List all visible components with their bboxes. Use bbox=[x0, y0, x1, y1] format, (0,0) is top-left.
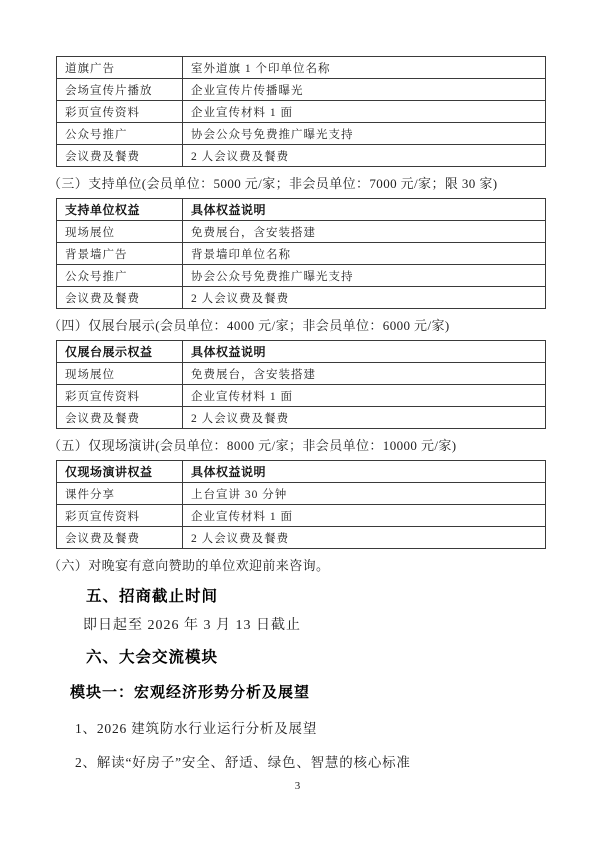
benefit-desc-cell: 室外道旗 1 个印单位名称 bbox=[183, 57, 546, 79]
benefit-name-cell: 道旗广告 bbox=[57, 57, 183, 79]
benefit-desc-cell: 协会公众号免费推广曝光支持 bbox=[183, 123, 546, 145]
column-header: 仅展台展示权益 bbox=[57, 341, 183, 363]
table-row: 会场宣传片播放 企业宣传片传播曝光 bbox=[57, 79, 546, 101]
benefit-desc-cell: 企业宣传片传播曝光 bbox=[183, 79, 546, 101]
benefit-desc-cell: 2 人会议费及餐费 bbox=[183, 287, 546, 309]
benefits-table-continued: 道旗广告 室外道旗 1 个印单位名称 会场宣传片播放 企业宣传片传播曝光 彩页宣… bbox=[56, 56, 546, 167]
table-row: 现场展位 免费展台，含安装搭建 bbox=[57, 221, 546, 243]
document-page: 道旗广告 室外道旗 1 个印单位名称 会场宣传片播放 企业宣传片传播曝光 彩页宣… bbox=[0, 0, 595, 792]
table-row: 会议费及餐费 2 人会议费及餐费 bbox=[57, 145, 546, 167]
table-header-row: 仅展台展示权益 具体权益说明 bbox=[57, 341, 546, 363]
benefit-name-cell: 会议费及餐费 bbox=[57, 527, 183, 549]
heading-deadline-section: 五、招商截止时间 bbox=[86, 586, 547, 608]
benefit-name-cell: 彩页宣传资料 bbox=[57, 385, 183, 407]
module-topic-2: 2、解读“好房子”安全、舒适、绿色、智慧的核心标准 bbox=[75, 753, 547, 772]
page-number: 3 bbox=[48, 780, 547, 792]
benefit-name-cell: 公众号推广 bbox=[57, 265, 183, 287]
benefit-desc-cell: 企业宣传材料 1 面 bbox=[183, 385, 546, 407]
table-row: 背景墙广告 背景墙印单位名称 bbox=[57, 243, 546, 265]
benefit-desc-cell: 协会公众号免费推广曝光支持 bbox=[183, 265, 546, 287]
table-header-row: 仅现场演讲权益 具体权益说明 bbox=[57, 461, 546, 483]
table-row: 彩页宣传资料 企业宣传材料 1 面 bbox=[57, 385, 546, 407]
section-6-note: （六）对晚宴有意向赞助的单位欢迎前来咨询。 bbox=[48, 557, 547, 575]
benefit-desc-cell: 免费展台，含安装搭建 bbox=[183, 363, 546, 385]
heading-module-1: 模块一：宏观经济形势分析及展望 bbox=[70, 682, 547, 704]
benefit-name-cell: 会议费及餐费 bbox=[57, 287, 183, 309]
column-header: 仅现场演讲权益 bbox=[57, 461, 183, 483]
benefit-desc-cell: 背景墙印单位名称 bbox=[183, 243, 546, 265]
benefit-desc-cell: 2 人会议费及餐费 bbox=[183, 145, 546, 167]
support-unit-benefits-table: 支持单位权益 具体权益说明 现场展位 免费展台，含安装搭建 背景墙广告 背景墙印… bbox=[56, 198, 546, 309]
benefit-desc-cell: 上台宣讲 30 分钟 bbox=[183, 483, 546, 505]
table-row: 会议费及餐费 2 人会议费及餐费 bbox=[57, 287, 546, 309]
benefit-name-cell: 彩页宣传资料 bbox=[57, 101, 183, 123]
table-row: 课件分享 上台宣讲 30 分钟 bbox=[57, 483, 546, 505]
table-row: 道旗广告 室外道旗 1 个印单位名称 bbox=[57, 57, 546, 79]
table-row: 彩页宣传资料 企业宣传材料 1 面 bbox=[57, 505, 546, 527]
benefit-desc-cell: 企业宣传材料 1 面 bbox=[183, 101, 546, 123]
table-row: 会议费及餐费 2 人会议费及餐费 bbox=[57, 527, 546, 549]
benefit-desc-cell: 2 人会议费及餐费 bbox=[183, 407, 546, 429]
benefit-name-cell: 公众号推广 bbox=[57, 123, 183, 145]
table-row: 会议费及餐费 2 人会议费及餐费 bbox=[57, 407, 546, 429]
benefit-name-cell: 彩页宣传资料 bbox=[57, 505, 183, 527]
benefit-desc-cell: 2 人会议费及餐费 bbox=[183, 527, 546, 549]
section-5-intro: （五）仅现场演讲(会员单位：8000 元/家；非会员单位：10000 元/家) bbox=[48, 437, 547, 455]
speech-only-benefits-table: 仅现场演讲权益 具体权益说明 课件分享 上台宣讲 30 分钟 彩页宣传资料 企业… bbox=[56, 460, 546, 549]
heading-exchange-modules-section: 六、大会交流模块 bbox=[86, 647, 547, 669]
table-row: 公众号推广 协会公众号免费推广曝光支持 bbox=[57, 123, 546, 145]
table-header-row: 支持单位权益 具体权益说明 bbox=[57, 199, 546, 221]
benefit-name-cell: 会场宣传片播放 bbox=[57, 79, 183, 101]
benefit-desc-cell: 企业宣传材料 1 面 bbox=[183, 505, 546, 527]
module-topic-1: 1、2026 建筑防水行业运行分析及展望 bbox=[75, 719, 547, 738]
benefit-name-cell: 会议费及餐费 bbox=[57, 407, 183, 429]
column-header: 支持单位权益 bbox=[57, 199, 183, 221]
table-row: 现场展位 免费展台，含安装搭建 bbox=[57, 363, 546, 385]
benefit-name-cell: 背景墙广告 bbox=[57, 243, 183, 265]
section-3-intro: （三）支持单位(会员单位：5000 元/家；非会员单位：7000 元/家；限 3… bbox=[48, 175, 547, 193]
benefit-name-cell: 会议费及餐费 bbox=[57, 145, 183, 167]
column-header: 具体权益说明 bbox=[183, 199, 546, 221]
benefit-name-cell: 现场展位 bbox=[57, 221, 183, 243]
benefit-name-cell: 现场展位 bbox=[57, 363, 183, 385]
booth-only-benefits-table: 仅展台展示权益 具体权益说明 现场展位 免费展台，含安装搭建 彩页宣传资料 企业… bbox=[56, 340, 546, 429]
table-row: 彩页宣传资料 企业宣传材料 1 面 bbox=[57, 101, 546, 123]
benefit-desc-cell: 免费展台，含安装搭建 bbox=[183, 221, 546, 243]
table-row: 公众号推广 协会公众号免费推广曝光支持 bbox=[57, 265, 546, 287]
deadline-text: 即日起至 2026 年 3 月 13 日截止 bbox=[83, 616, 547, 636]
column-header: 具体权益说明 bbox=[183, 341, 546, 363]
column-header: 具体权益说明 bbox=[183, 461, 546, 483]
benefit-name-cell: 课件分享 bbox=[57, 483, 183, 505]
section-4-intro: （四）仅展台展示(会员单位：4000 元/家；非会员单位：6000 元/家) bbox=[48, 317, 547, 335]
